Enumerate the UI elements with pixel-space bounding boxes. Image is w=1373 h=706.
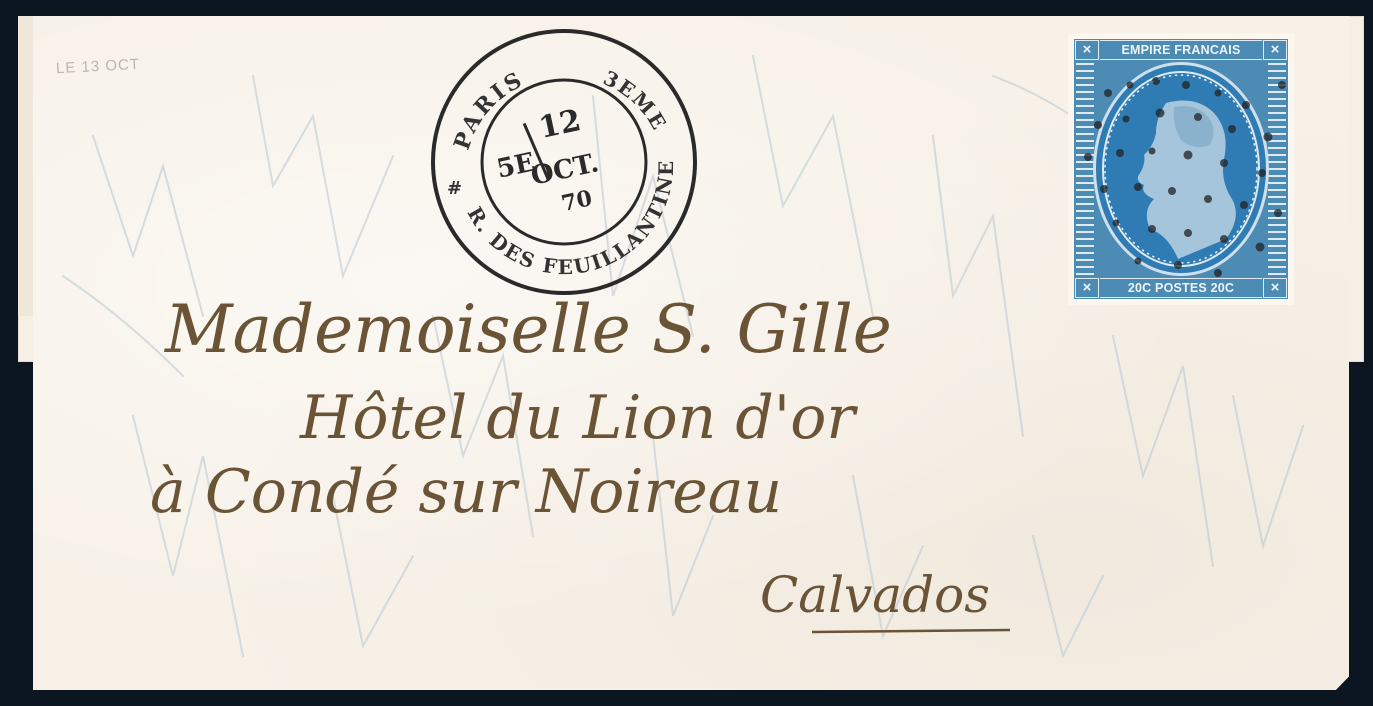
handwritten-address: Mademoiselle S. Gille Hôtel du Lion d'or…	[0, 0, 1373, 706]
address-line-recipient: Mademoiselle S. Gille	[164, 291, 892, 368]
underline-department	[812, 630, 1010, 632]
address-line-hotel: Hôtel du Lion d'or	[299, 383, 858, 453]
address-line-department: Calvados	[760, 566, 990, 624]
address-line-town: à Condé sur Noireau	[150, 457, 782, 527]
